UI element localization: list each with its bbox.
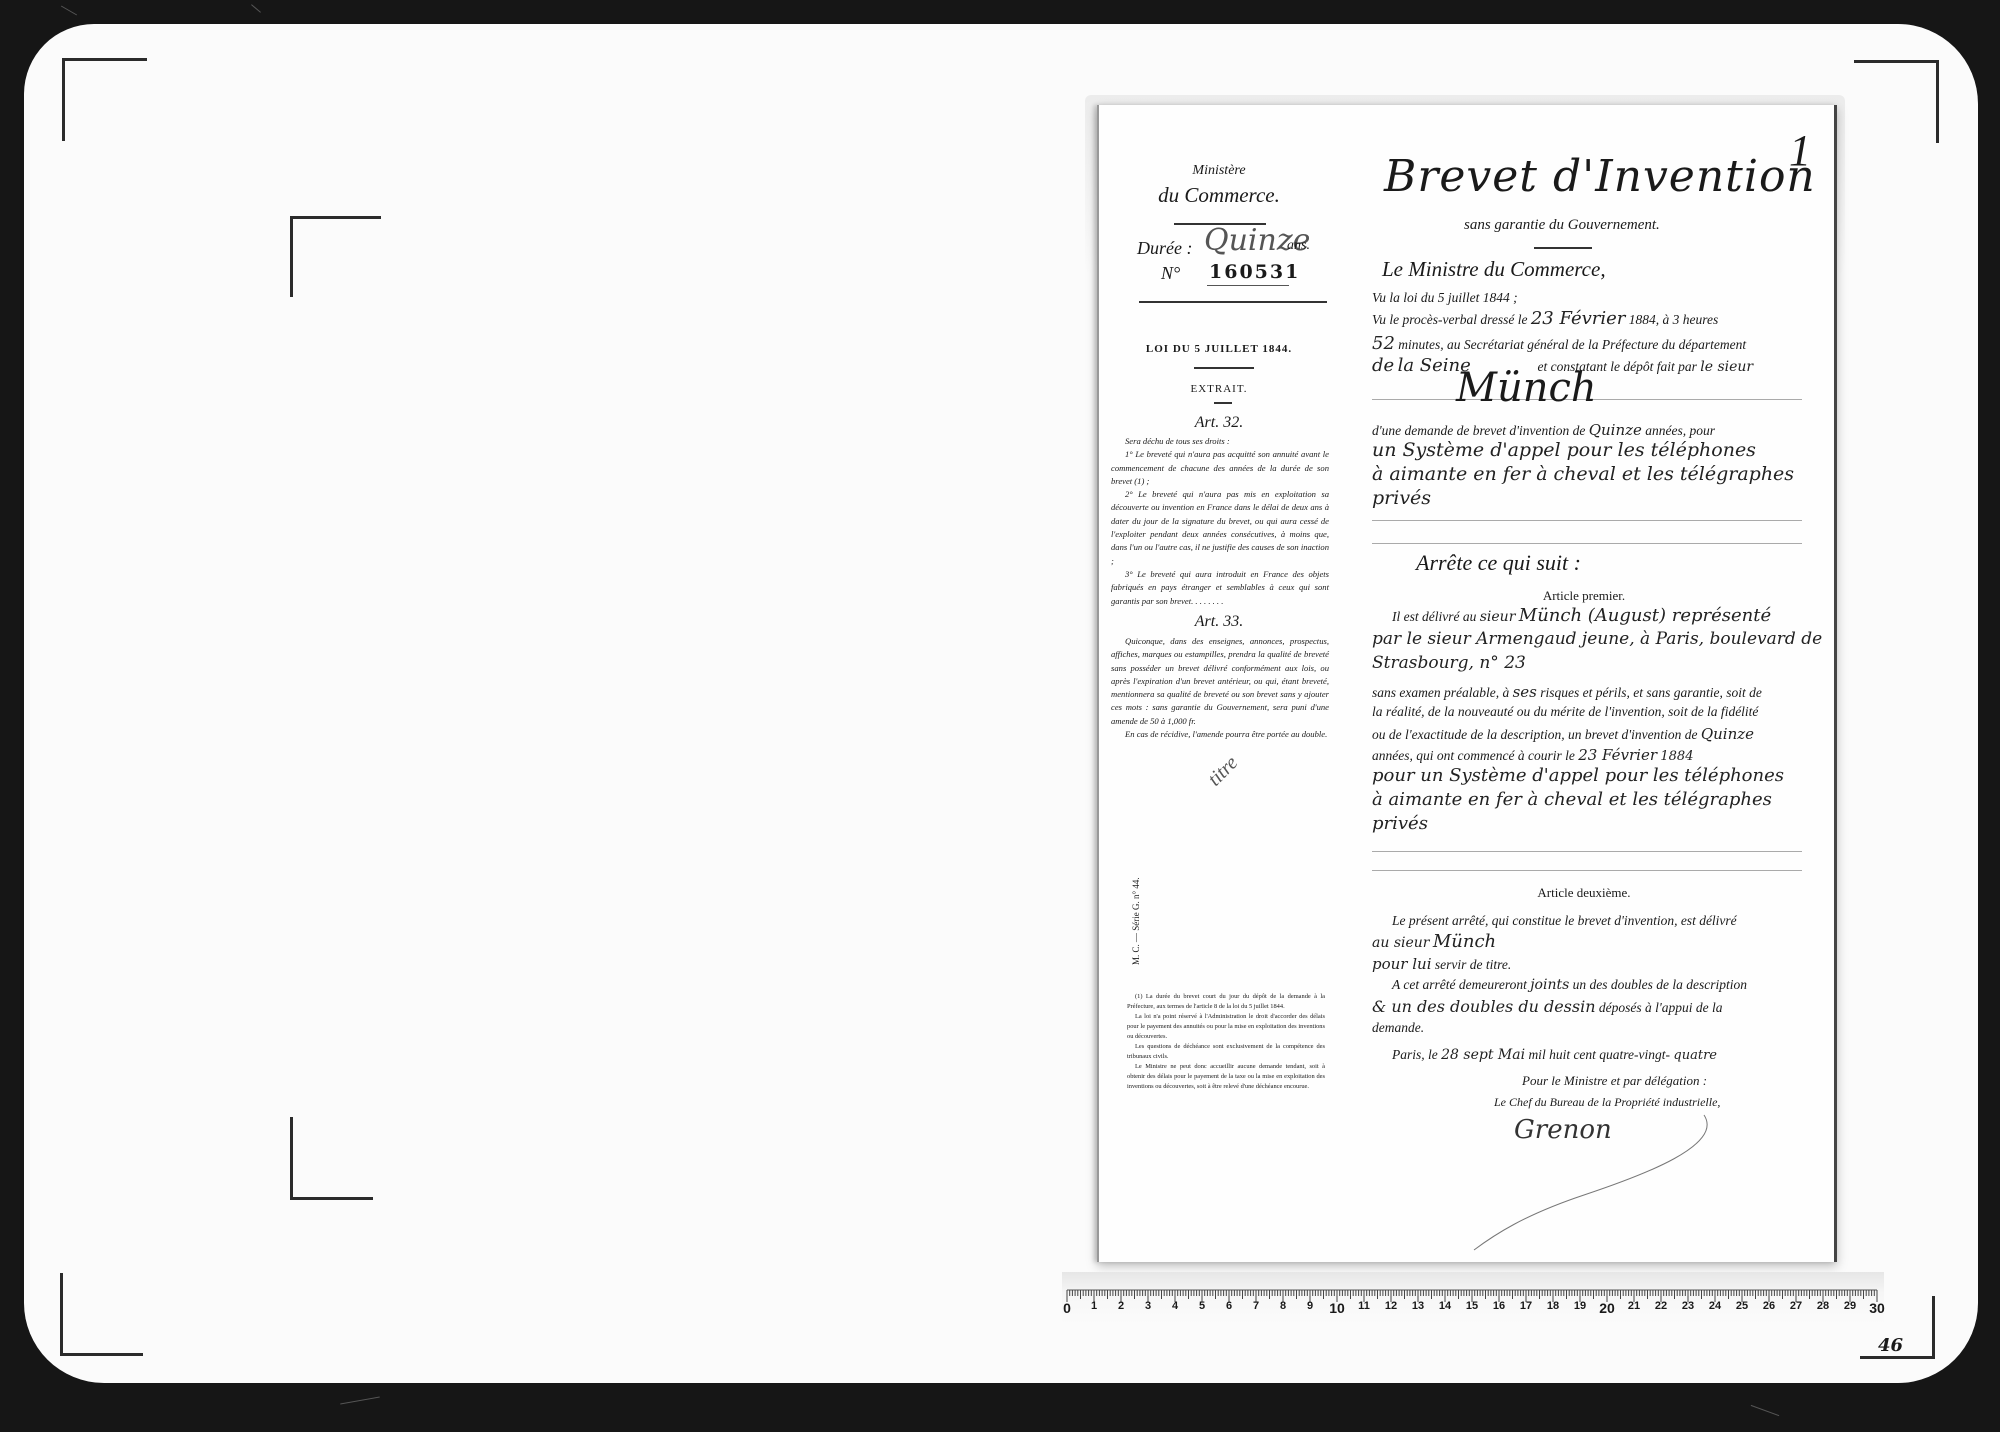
pv-prefix: Vu le procès-verbal dressé le	[1372, 312, 1527, 327]
law-paragraph: Quiconque, dans des enseignes, annonces,…	[1111, 635, 1329, 728]
ruler-label: 7	[1253, 1300, 1259, 1312]
article-2-au: au sieur	[1372, 935, 1429, 951]
realite-line: la réalité, de la nouveauté ou du mérite…	[1372, 704, 1800, 720]
annees-pour: années, pour	[1645, 423, 1715, 438]
ruler-label: 25	[1736, 1300, 1748, 1312]
scan-frame-number: 46	[1878, 1335, 1903, 1356]
crop-mark-inner-bottom-left	[290, 1117, 373, 1200]
ruler-label: 18	[1547, 1300, 1559, 1312]
invention-title-line-2: privés	[1372, 813, 1800, 834]
footnote: La loi n'a point réservé à l'Administrat…	[1127, 1012, 1325, 1042]
ruler-label: 15	[1466, 1300, 1478, 1312]
ruler-label: 3	[1145, 1300, 1151, 1312]
article-33-title: Art. 33.	[1099, 613, 1339, 631]
demande-word: demande.	[1372, 1020, 1800, 1036]
footnote: Les questions de déchéance sont exclusiv…	[1127, 1042, 1325, 1062]
annees-text: années, qui ont commencé à courir le	[1372, 748, 1575, 763]
article-2-line: Le présent arrêté, qui constitue le brev…	[1392, 913, 1820, 929]
film-scratch	[251, 4, 261, 12]
paris-date: 28 sept Mai	[1441, 1047, 1525, 1063]
ornament-rule	[1194, 367, 1254, 369]
invention-title-line: privés	[1372, 487, 1800, 509]
ruler-label: 24	[1709, 1300, 1721, 1312]
annees-date: 23 Février	[1578, 746, 1657, 764]
form-rule	[1372, 520, 1802, 521]
vu-loi-text: Vu la loi du 5 juillet 1844 ;	[1372, 290, 1518, 305]
ruler-label: 21	[1628, 1300, 1640, 1312]
minister-heading: Le Ministre du Commerce,	[1382, 257, 1606, 282]
servir-titre: servir de titre.	[1435, 957, 1511, 972]
arrete-heading: Arrête ce qui suit :	[1416, 550, 1581, 576]
demande-text: d'une demande de brevet d'invention de	[1372, 423, 1585, 438]
paris-year: quatre	[1673, 1048, 1717, 1063]
demande-duree: Quinze	[1589, 421, 1642, 439]
article-1-address: par le sieur Armengaud jeune, à Paris, b…	[1372, 629, 1800, 649]
section-rule	[1139, 301, 1327, 303]
ruler-label: 2	[1118, 1300, 1124, 1312]
ruler-label: 22	[1655, 1300, 1667, 1312]
ruler-label: 17	[1520, 1300, 1532, 1312]
ruler-label: 6	[1226, 1300, 1232, 1312]
ruler-label: 19	[1574, 1300, 1586, 1312]
duree-label: Durée :	[1137, 238, 1192, 259]
minutes-text: minutes, au Secrétariat général de la Pr…	[1398, 337, 1746, 352]
pv-minutes: 52	[1372, 333, 1395, 354]
footnote: (1) La durée du brevet court du jour du …	[1127, 992, 1325, 1012]
law-paragraph: 1° Le breveté qui n'aura pas acquitté so…	[1111, 448, 1329, 488]
footnotes: (1) La durée du brevet court du jour du …	[1127, 992, 1325, 1092]
ruler-label: 11	[1358, 1300, 1370, 1312]
sans-examen-ses: ses	[1513, 683, 1537, 701]
law-paragraph: Sera déchu de tous ses droits :	[1111, 435, 1329, 448]
film-scratch	[1751, 1405, 1780, 1416]
form-rule	[1372, 543, 1802, 544]
crop-mark-inner-top-left	[290, 216, 381, 297]
visa-handwritten-mark: titre	[1204, 752, 1243, 791]
film-scratch	[61, 6, 77, 16]
ruler-label: 9	[1307, 1300, 1313, 1312]
article-1-sieur: sieur	[1480, 609, 1516, 625]
article-1-heading: Article premier.	[1344, 588, 1824, 604]
ruler-label: 0	[1063, 1300, 1071, 1316]
pv-hour: 3 heures	[1673, 312, 1719, 327]
article-32-text: Sera déchu de tous ses droits : 1° Le br…	[1111, 435, 1329, 608]
article-1-line: Il est délivré au sieur Münch (August) r…	[1392, 605, 1820, 626]
paris-prefix: Paris, le	[1392, 1047, 1438, 1062]
ruler-label: 16	[1493, 1300, 1505, 1312]
pour-lui: pour lui	[1372, 955, 1432, 973]
article-1-address: Strasbourg, n° 23	[1372, 653, 1800, 673]
delegation-line: Pour le Ministre et par délégation :	[1522, 1073, 1707, 1089]
ruler-label: 8	[1280, 1300, 1286, 1312]
article-2-name: Münch	[1433, 931, 1496, 952]
form-series-code: M. C. — Série G. n° 44.	[1131, 877, 1141, 965]
dessin-suffix: déposés à l'appui de la	[1599, 1000, 1723, 1015]
ruler-label: 10	[1329, 1300, 1345, 1316]
annees-year: 1884	[1660, 749, 1693, 764]
sans-examen-line: sans examen préalable, à ses risques et …	[1372, 683, 1800, 701]
ornament-rule	[1534, 247, 1592, 249]
dessin-hand: & un des doubles du dessin	[1372, 997, 1596, 1016]
law-heading: LOI DU 5 JUILLET 1844.	[1099, 343, 1339, 355]
patent-number-label: N°	[1161, 263, 1180, 284]
depot-by: le sieur	[1700, 359, 1753, 375]
document-title: Brevet d'Invention	[1384, 151, 1816, 202]
article-33-text: Quiconque, dans des enseignes, annonces,…	[1111, 635, 1329, 741]
signature-flourish	[1464, 1105, 1724, 1255]
ruler-label: 12	[1385, 1300, 1397, 1312]
date-line: Paris, le 28 sept Mai mil huit cent quat…	[1392, 1047, 1820, 1063]
minutes-line: 52 minutes, au Secrétariat général de la…	[1372, 333, 1800, 354]
crop-mark-outer-top-right	[1854, 60, 1939, 143]
ruler-label: 23	[1682, 1300, 1694, 1312]
sans-examen-prefix: sans examen préalable, à	[1372, 685, 1509, 700]
ruler-label: 30	[1869, 1300, 1885, 1316]
law-paragraph: 3° Le breveté qui aura introduit en Fran…	[1111, 568, 1329, 608]
ruler-label: 1	[1091, 1300, 1097, 1312]
crop-mark-outer-bottom-left	[60, 1273, 143, 1356]
patent-number: 160531	[1209, 261, 1300, 283]
article-2-recipient-line: au sieur Münch	[1372, 931, 1800, 952]
joint-suffix: un des doubles de la description	[1573, 977, 1747, 992]
duree-unit: ans.	[1287, 238, 1310, 254]
applicant-name: Münch	[1456, 365, 1597, 411]
crop-mark-outer-top-left	[62, 58, 147, 141]
ruler-label: 29	[1844, 1300, 1856, 1312]
exactitude-line: ou de l'exactitude de la description, un…	[1372, 725, 1800, 743]
ruler-label: 14	[1439, 1300, 1451, 1312]
form-rule	[1372, 870, 1802, 871]
ruler-label: 4	[1172, 1300, 1178, 1312]
sans-examen-suffix: risques et périls, et sans garantie, soi…	[1540, 685, 1762, 700]
ruler-label: 26	[1763, 1300, 1775, 1312]
exactitude-duree: Quinze	[1701, 725, 1754, 743]
vu-loi-line: Vu la loi du 5 juillet 1844 ;	[1372, 290, 1800, 306]
ruler-label: 27	[1790, 1300, 1802, 1312]
law-paragraph: En cas de récidive, l'amende pourra être…	[1111, 728, 1329, 741]
demande-line: d'une demande de brevet d'invention de Q…	[1372, 421, 1800, 439]
invention-title-line-2: à aimante en fer à cheval et les télégra…	[1372, 789, 1800, 810]
annees-line: années, qui ont commencé à courir le 23 …	[1372, 746, 1800, 764]
joint-line: A cet arrêté demeureront joints un des d…	[1392, 977, 1820, 993]
document-subtitle: sans garantie du Gouvernement.	[1464, 217, 1660, 234]
paris-suffix: mil huit cent quatre-vingt-	[1528, 1047, 1670, 1062]
exactitude-text: ou de l'exactitude de la description, un…	[1372, 727, 1697, 742]
joint-hand: joints	[1530, 977, 1569, 993]
invention-title-line: à aimante en fer à cheval et les télégra…	[1372, 463, 1800, 485]
form-rule	[1372, 851, 1802, 852]
article-32-title: Art. 32.	[1099, 414, 1339, 432]
pv-year: 1884, à	[1629, 312, 1670, 327]
article-2-title-line: pour lui servir de titre.	[1372, 955, 1800, 973]
extract-heading: EXTRAIT.	[1099, 383, 1339, 395]
pv-date: 23 Février	[1531, 308, 1626, 329]
ornament-rule	[1214, 402, 1232, 404]
invention-title-line: un Système d'appel pour les téléphones	[1372, 439, 1800, 461]
ruler-label: 20	[1599, 1300, 1615, 1316]
patent-document-page: Ministère du Commerce. Durée : Quinze an…	[1097, 105, 1837, 1262]
departement-prefix: de	[1372, 355, 1394, 376]
ministry-name: du Commerce.	[1099, 183, 1339, 208]
article-1-name: Münch (August) représenté	[1519, 605, 1771, 626]
article-1-prefix: Il est délivré au	[1392, 609, 1476, 624]
ministry-label: Ministère	[1099, 163, 1339, 179]
footnote: Le Ministre ne peut donc accueillir aucu…	[1127, 1062, 1325, 1092]
ruler-label: 28	[1817, 1300, 1829, 1312]
film-scratch	[340, 1397, 380, 1405]
ruler-label: 5	[1199, 1300, 1205, 1312]
scale-ruler: 0123456789101112131415161718192021222324…	[1062, 1272, 1884, 1324]
article-2-heading: Article deuxième.	[1344, 885, 1824, 901]
joint-prefix: A cet arrêté demeureront	[1392, 977, 1527, 992]
number-underline	[1207, 285, 1289, 286]
dessin-line: & un des doubles du dessin déposés à l'a…	[1372, 997, 1800, 1016]
ruler-label: 13	[1412, 1300, 1424, 1312]
invention-title-line-2: pour un Système d'appel pour les télépho…	[1372, 765, 1800, 786]
pv-line: Vu le procès-verbal dressé le 23 Février…	[1372, 308, 1800, 329]
law-paragraph: 2° Le breveté qui n'aura pas mis en expl…	[1111, 488, 1329, 568]
